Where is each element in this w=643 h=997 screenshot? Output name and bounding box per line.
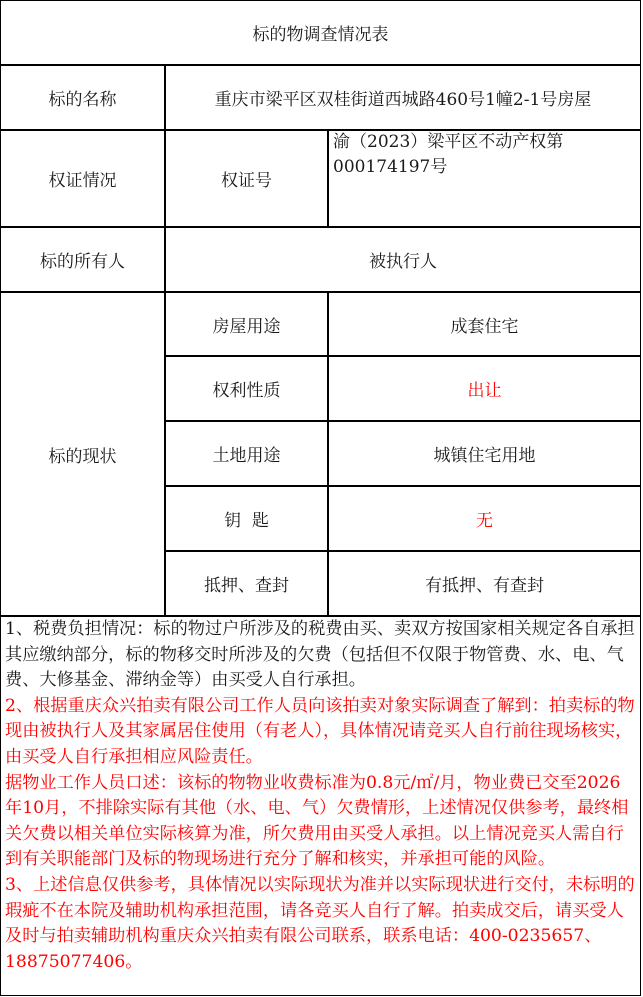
rights-value: 渝（2023）梁平区不动产权第 000174197号 xyxy=(328,130,641,227)
table-title: 标的物调查情况表 xyxy=(0,0,641,65)
owner-label: 标的所有人 xyxy=(0,227,165,292)
house-use-value: 成套住宅 xyxy=(328,292,641,356)
name-value: 重庆市梁平区双桂街道西城路460号1幢2-1号房屋 xyxy=(165,65,641,130)
status-label: 标的现状 xyxy=(0,292,165,616)
rights-sublabel: 权证号 xyxy=(165,130,328,227)
land-use-label: 土地用途 xyxy=(165,421,328,486)
rights-value-line2: 000174197号 xyxy=(333,155,447,180)
mortgage-seal-value: 有抵押、有查封 xyxy=(328,551,641,616)
rights-nature-label: 权利性质 xyxy=(165,356,328,421)
mortgage-seal-label: 抵押、查封 xyxy=(165,551,328,616)
rights-label: 权证情况 xyxy=(0,130,165,227)
keys-value: 无 xyxy=(328,486,641,551)
note-occupancy: 2、根据重庆众兴拍卖有限公司工作人员向该拍卖对象实际调查了解到：拍卖标的物现由被… xyxy=(5,694,637,771)
rights-nature-value: 出让 xyxy=(328,356,641,421)
notes-section: 1、税费负担情况：标的物过户所涉及的税费由买、卖双方按国家相关规定各自承担其应缴… xyxy=(5,617,637,975)
note-disclaimer-contact: 3、上述信息仅供参考，具体情况以实际现状为准并以实际现状进行交付，未标明的瑕疵不… xyxy=(5,873,637,975)
house-use-label: 房屋用途 xyxy=(165,292,328,356)
rights-value-line1: 渝（2023）梁平区不动产权第 xyxy=(333,130,563,155)
note-property-fee: 据物业工作人员口述：该标的物物业收费标准为0.8元/㎡/月，物业费已交至2026… xyxy=(5,771,637,873)
land-use-value: 城镇住宅用地 xyxy=(328,421,641,486)
keys-label: 钥 匙 xyxy=(165,486,328,551)
name-label: 标的名称 xyxy=(0,65,165,130)
owner-value: 被执行人 xyxy=(165,227,641,292)
note-tax: 1、税费负担情况：标的物过户所涉及的税费由买、卖双方按国家相关规定各自承担其应缴… xyxy=(5,617,637,694)
